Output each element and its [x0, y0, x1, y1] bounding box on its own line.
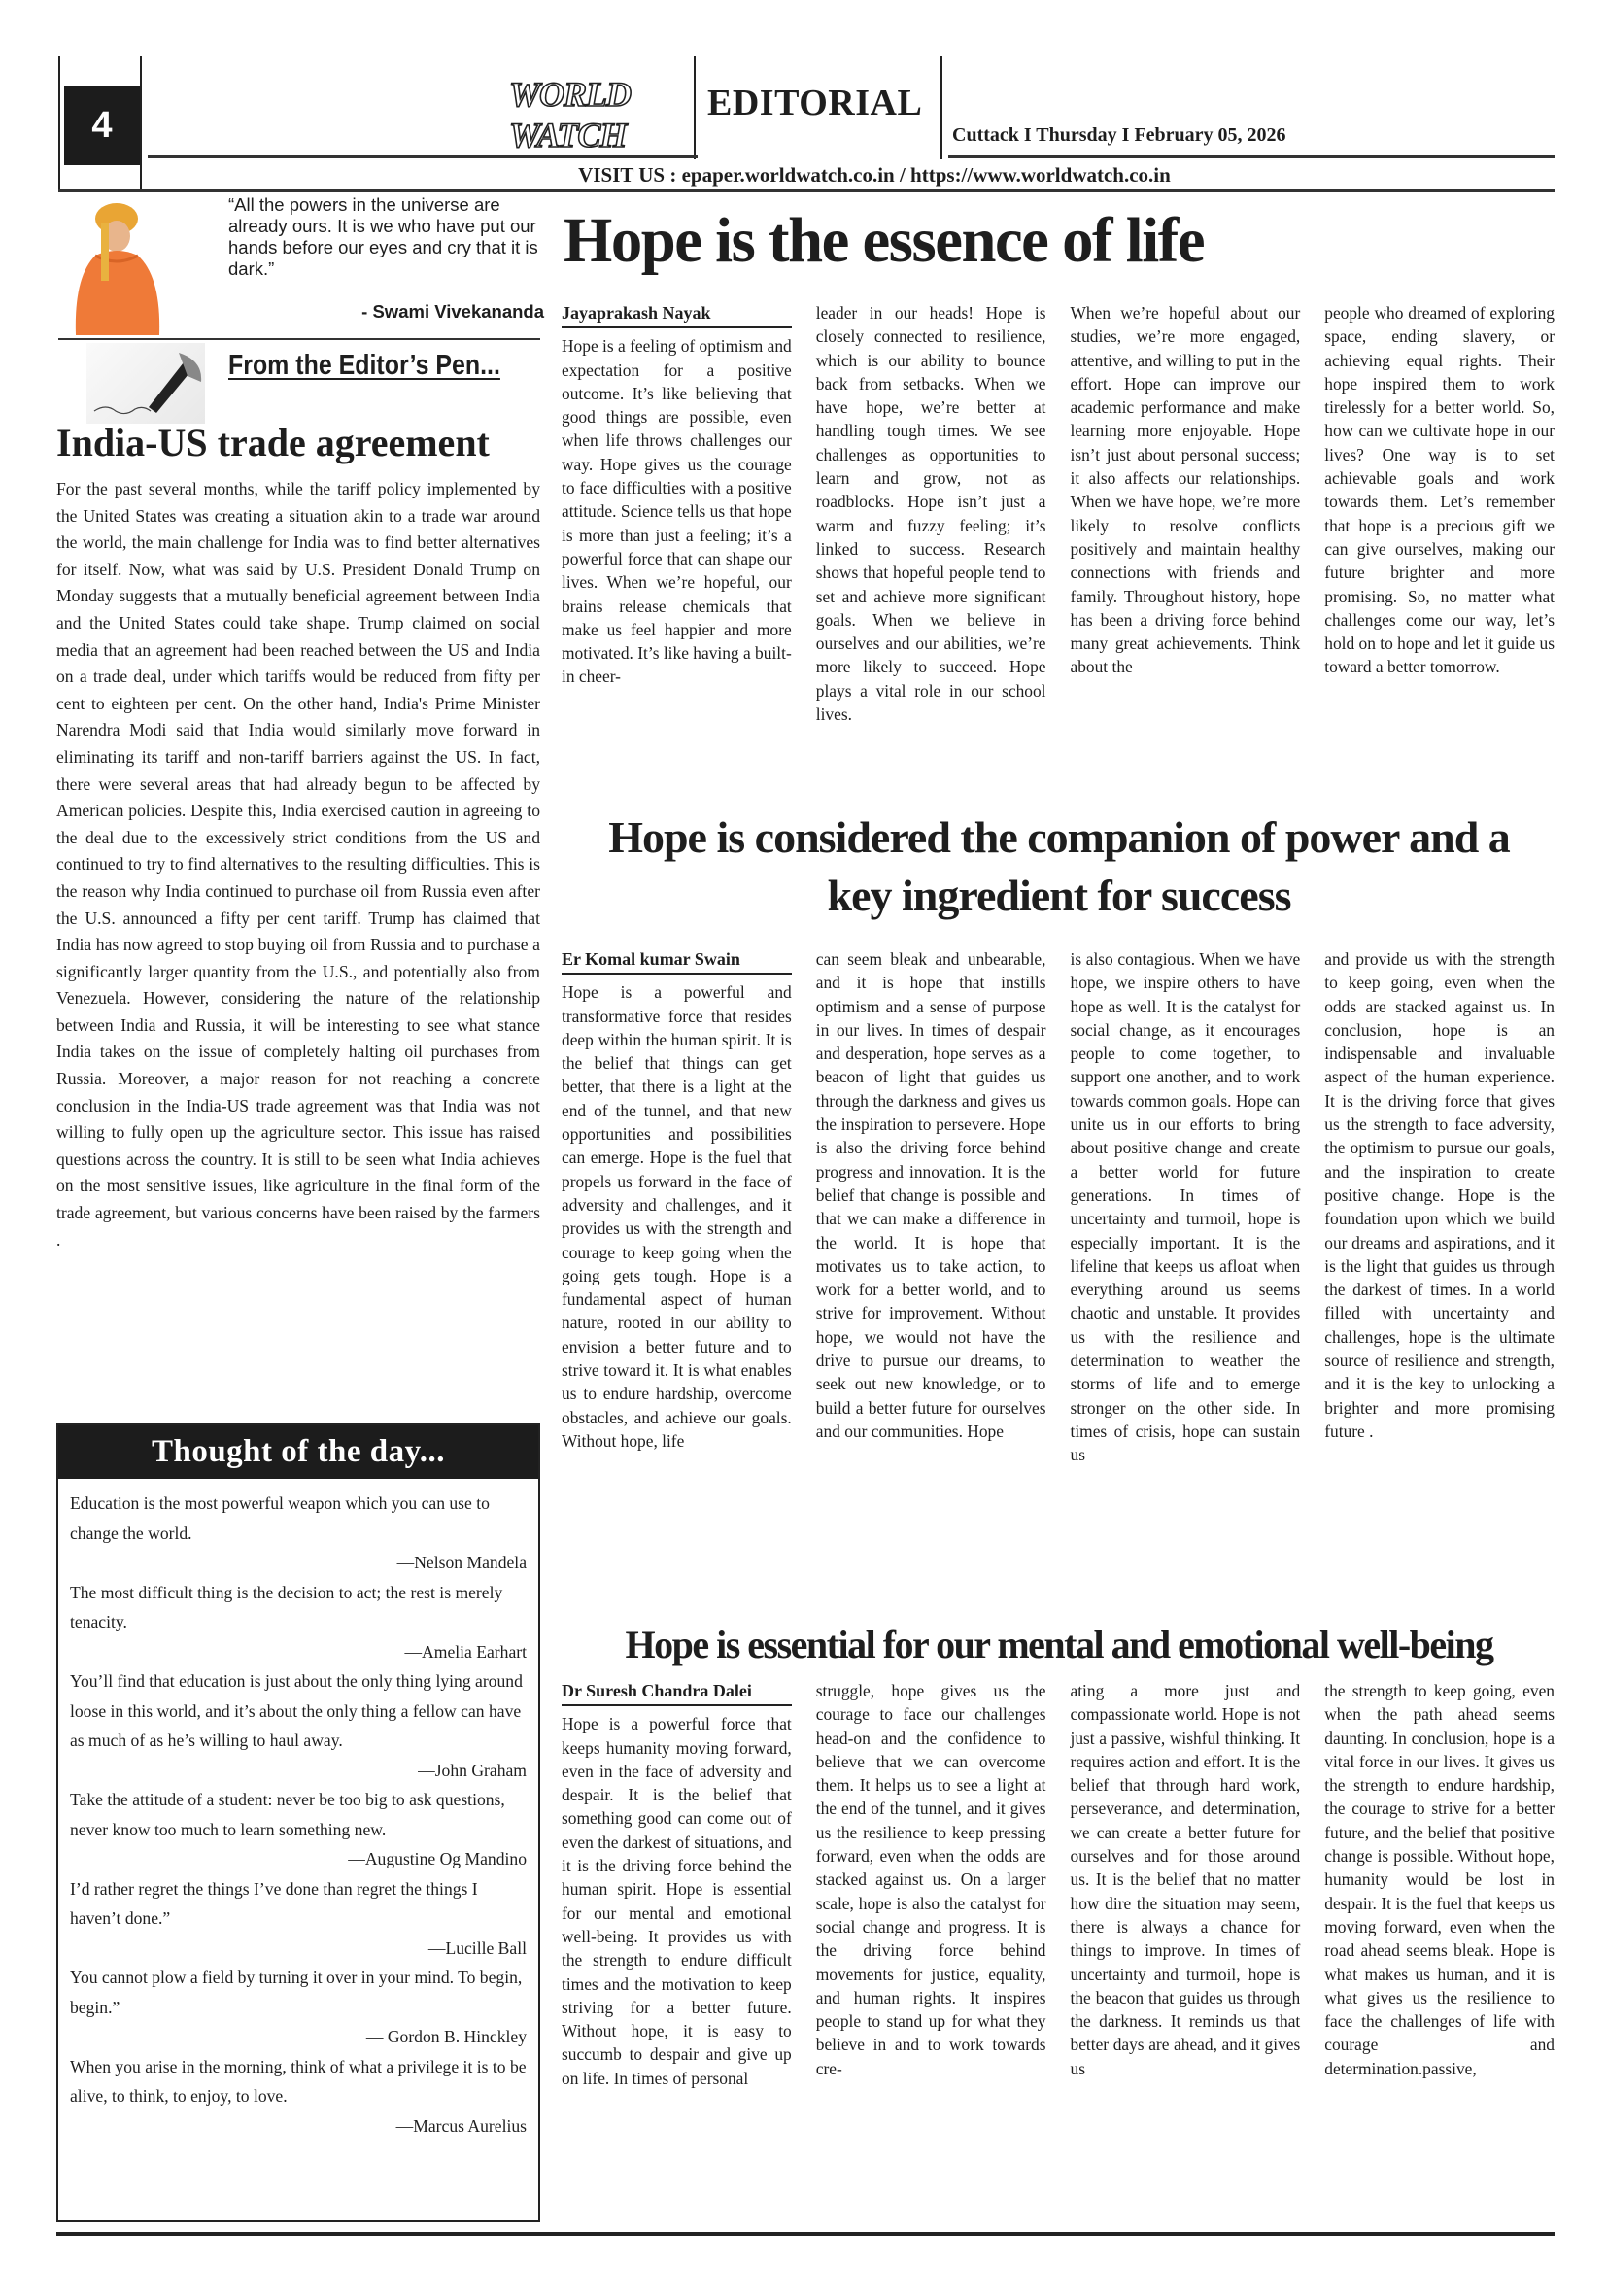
thought-list: Education is the most powerful weapon wh… [58, 1479, 538, 2141]
thought-author: —Marcus Aurelius [70, 2111, 527, 2142]
thought-author: — Gordon B. Hinckley [70, 2022, 527, 2052]
article-text: Hope is a feeling of optimism and expect… [562, 334, 792, 688]
editorial-body: For the past several months, while the t… [56, 476, 540, 1253]
article-column: Jayaprakash Nayak Hope is a feeling of o… [562, 301, 792, 726]
thought-author: —Nelson Mandela [70, 1548, 527, 1578]
article-1-byline: Jayaprakash Nayak [562, 301, 792, 328]
article-column: people who dreamed of exploring space, e… [1324, 301, 1555, 726]
article-3-headline: Hope is essential for our mental and emo… [564, 1621, 1555, 1669]
thought-quote: Education is the most powerful weapon wh… [70, 1489, 527, 1548]
article-text: Hope is a powerful and transformative fo… [562, 980, 792, 1453]
quote-text: “All the powers in the universe are alre… [228, 194, 544, 280]
vivekananda-portrait-icon [66, 199, 173, 335]
editorial-headline: India-US trade agreement [56, 420, 490, 465]
article-column: When we’re hopeful about our studies, we… [1071, 301, 1301, 726]
article-column: and provide us with the strength to keep… [1324, 947, 1555, 1467]
quote-rule [58, 338, 540, 340]
article-column: the strength to keep going, even when th… [1324, 1679, 1555, 2090]
page-bottom-rule [56, 2232, 1555, 2236]
article-3-columns: Dr Suresh Chandra Dalei Hope is a powerf… [562, 1679, 1555, 2090]
article-text: Hope is a powerful force that keeps huma… [562, 1712, 792, 2090]
article-column: can seem bleak and unbearable, and it is… [816, 947, 1046, 1467]
thought-quote: When you arise in the morning, think of … [70, 2052, 527, 2111]
article-column: is also contagious. When we have hope, w… [1071, 947, 1301, 1467]
article-column: leader in our heads! Hope is closely con… [816, 301, 1046, 726]
header-rule-inner [140, 56, 142, 190]
header-rule-logo [694, 56, 696, 159]
section-label: EDITORIAL [707, 82, 922, 124]
article-2-byline: Er Komal kumar Swain [562, 947, 792, 975]
header-rule-date [940, 56, 942, 159]
thought-author: —Amelia Earhart [70, 1637, 527, 1667]
worldwatch-logo: WORLD WATCH [509, 86, 694, 155]
article-3-byline: Dr Suresh Chandra Dalei [562, 1679, 792, 1706]
article-column: Er Komal kumar Swain Hope is a powerful … [562, 947, 792, 1467]
page-number: 4 [64, 86, 140, 165]
quote-author: - Swami Vivekananda [228, 301, 544, 323]
header-rule-left [58, 56, 60, 190]
thought-quote: I’d rather regret the things I’ve done t… [70, 1874, 527, 1934]
header-underline-left [148, 155, 698, 158]
article-2-columns: Er Komal kumar Swain Hope is a powerful … [562, 947, 1555, 1467]
editors-pen-title: From the Editor’s Pen... [228, 350, 500, 382]
article-2-headline: Hope is considered the companion of powe… [564, 808, 1555, 925]
article-1-headline: Hope is the essence of life [564, 202, 1535, 280]
thought-quote: The most difficult thing is the decision… [70, 1578, 527, 1637]
thought-of-the-day-box: Thought of the day... Education is the m… [56, 1423, 540, 2222]
header-bottom-rule [58, 189, 1555, 192]
pen-writing-image [86, 343, 205, 424]
visit-links[interactable]: VISIT US : epaper.worldwatch.co.in / htt… [146, 163, 1603, 188]
thought-quote: You cannot plow a field by turning it ov… [70, 1963, 527, 2022]
header-underline-right [948, 155, 1555, 158]
fountain-pen-icon [86, 343, 205, 424]
thought-quote: You’ll find that education is just about… [70, 1666, 527, 1756]
article-column: ating a more just and compassionate worl… [1071, 1679, 1301, 2090]
article-1-columns: Jayaprakash Nayak Hope is a feeling of o… [562, 301, 1555, 726]
thought-author: —John Graham [70, 1756, 527, 1786]
article-column: struggle, hope gives us the courage to f… [816, 1679, 1046, 2090]
dateline: Cuttack I Thursday I February 05, 2026 [952, 124, 1286, 147]
thought-title: Thought of the day... [58, 1425, 538, 1479]
thought-author: —Lucille Ball [70, 1934, 527, 1964]
thought-author: —Augustine Og Mandino [70, 1844, 527, 1874]
thought-quote: Take the attitude of a student: never be… [70, 1785, 527, 1844]
article-column: Dr Suresh Chandra Dalei Hope is a powerf… [562, 1679, 792, 2090]
